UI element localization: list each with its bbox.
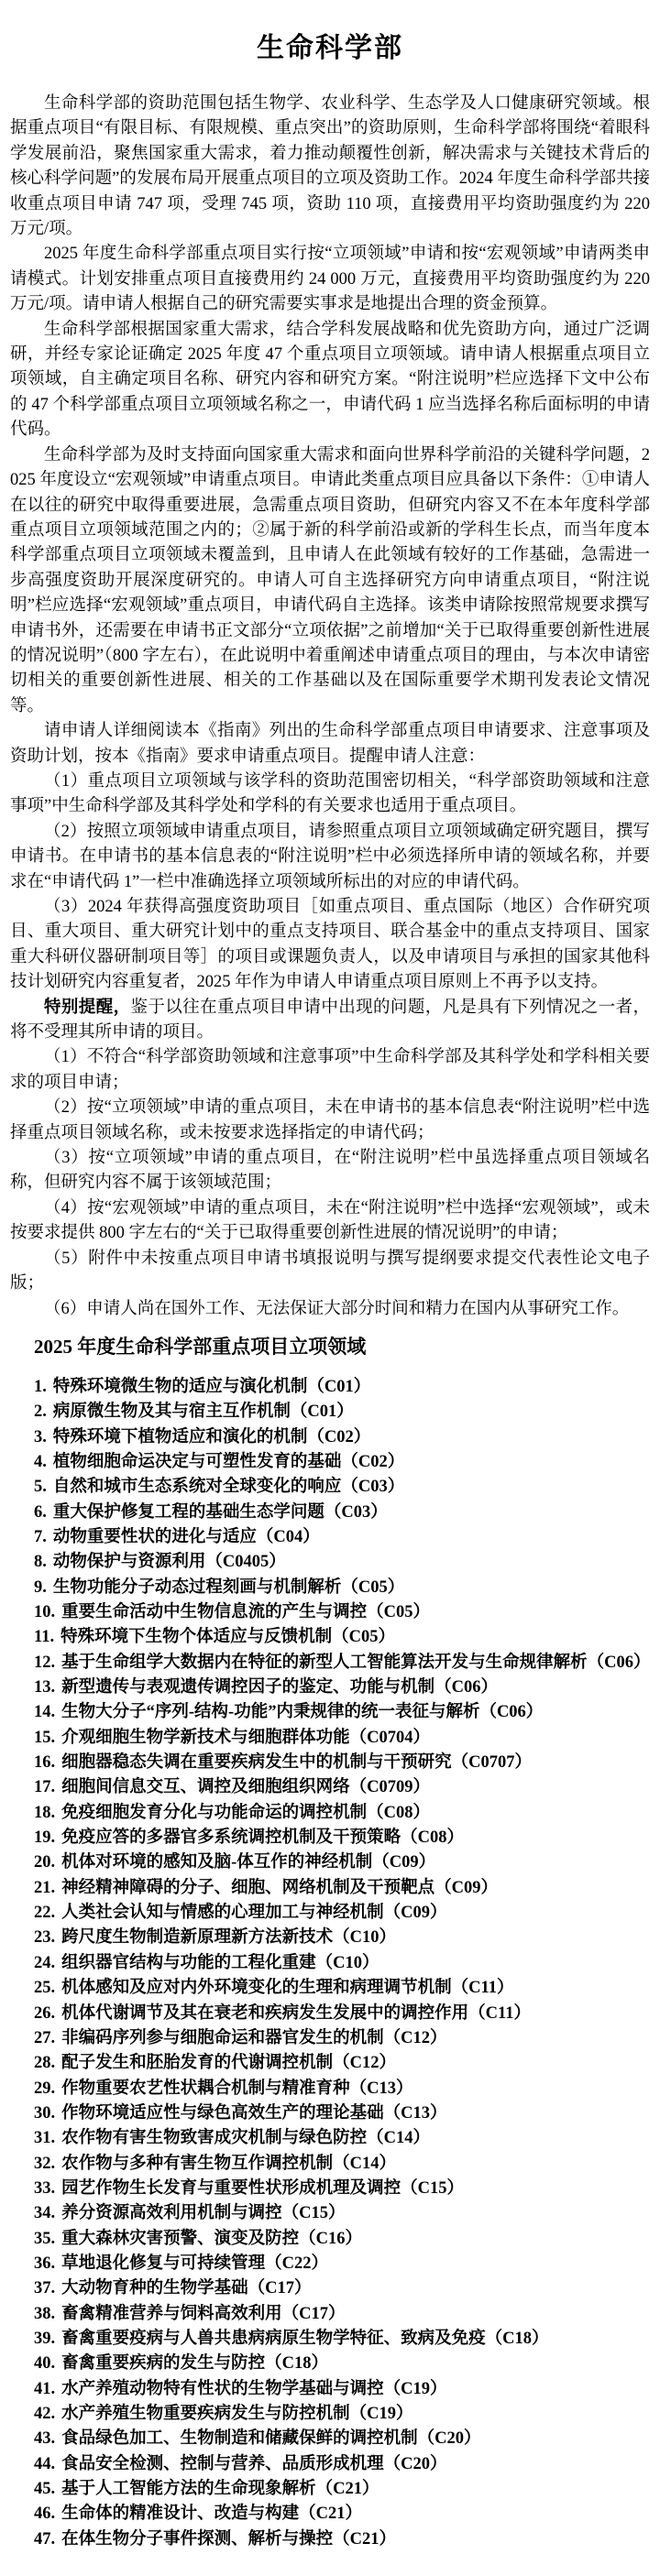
item-text: 生物大分子“序列-结构-功能”内秉规律的统一表征与解析（C06） (61, 1703, 543, 1721)
item-text: 特殊环境下植物适应和演化的机制（C02） (53, 1428, 370, 1446)
list-item: 5.自然和城市生态系统对全球变化的响应（C03） (34, 1475, 650, 1500)
item-number: 26. (34, 2002, 55, 2026)
item-number: 45. (34, 2477, 55, 2502)
paragraph-text: 请申请人详细阅读本《指南》列出的生命科学部重点项目申请要求、注意事项及资助计划，… (10, 722, 650, 765)
item-text: 病原微生物及其与宿主互作机制（C01） (53, 1403, 354, 1421)
item-text: 配子发生和胚胎发育的代谢调控机制（C12） (61, 2054, 396, 2072)
item-number: 16. (34, 1751, 55, 1775)
list-item: 26.机体代谢调节及其在衰老和疾病发生发展中的调控作用（C11） (34, 2002, 650, 2026)
item-text: 园艺作物生长发育与重要性状形成机理及调控（C15） (61, 2179, 464, 2198)
item-number: 10. (34, 1600, 55, 1625)
paragraph: 生命科学部为及时支持面向国家重大需求和面向世界科学前沿的关键科学问题，2025 … (10, 443, 650, 719)
paragraph-text: （4）按“宏观领域”申请的重点项目，未在“附注说明”栏中选择“宏观领域”，或未按… (10, 1199, 650, 1242)
paragraph-text: （1）重点项目立项领域与该学科的资助范围密切相关，“科学部资助领域和注意事项”中… (10, 772, 650, 815)
item-text: 农作物有害生物致害成灾机制与绿色防控（C14） (61, 2129, 430, 2147)
item-number: 12. (34, 1651, 55, 1675)
list-item: 2.病原微生物及其与宿主互作机制（C01） (34, 1400, 650, 1424)
item-text: 动物重要性状的进化与适应（C04） (53, 1528, 320, 1546)
list-item: 6.重大保护修复工程的基础生态学问题（C03） (34, 1501, 650, 1525)
item-text: 基于生命组学大数据内在特征的新型人工智能算法开发与生命规律解析（C06） (61, 1654, 650, 1672)
list-item: 14.生物大分子“序列-结构-功能”内秉规律的统一表征与解析（C06） (34, 1700, 650, 1725)
paragraph-text: （5）附件中未按重点项目申请书填报说明与撰写提纲要求提交代表性论文电子版； (10, 1250, 650, 1293)
paragraph-text: （3）2024 年获得高强度资助项目［如重点项目、重点国际（地区）合作研究项目、… (10, 898, 650, 991)
item-text: 养分资源高效利用机制与调控（C15） (61, 2204, 345, 2222)
item-number: 46. (34, 2502, 55, 2527)
item-text: 神经精神障碍的分子、细胞、网络机制及干预靶点（C09） (61, 1879, 498, 1897)
item-text: 免疫应答的多器官多系统调控机制及干预策略（C08） (61, 1828, 464, 1847)
item-number: 20. (34, 1850, 55, 1875)
list-item: 30.作物环境适应性与绿色高效生产的理论基础（C13） (34, 2101, 650, 2126)
list-item: 24.组织器官结构与功能的工程化重建（C10） (34, 1951, 650, 1976)
list-item: 46.生命体的精准设计、改造与构建（C21） (34, 2502, 650, 2527)
list-item: 44.食品安全检测、控制与营养、品质形成机理（C20） (34, 2452, 650, 2477)
item-number: 44. (34, 2452, 55, 2477)
list-item: 43.食品绿色加工、生物制造和储藏保鲜的调控机制（C20） (34, 2427, 650, 2451)
list-item: 47.在体生物分子事件探测、解析与操控（C21） (34, 2527, 650, 2552)
item-number: 43. (34, 2427, 55, 2451)
paragraph: （3）2024 年获得高强度资助项目［如重点项目、重点国际（地区）合作研究项目、… (10, 895, 650, 996)
item-number: 29. (34, 2077, 55, 2101)
item-text: 机体感知及应对内外环境变化的生理和病理调节机制（C11） (61, 1979, 513, 1997)
list-item: 34.养分资源高效利用机制与调控（C15） (34, 2201, 650, 2226)
item-number: 13. (34, 1675, 55, 1700)
item-text: 生命体的精准设计、改造与构建（C21） (61, 2505, 362, 2523)
paragraph: 生命科学部的资助范围包括生物学、农业科学、生态学及人口健康研究领域。根据重点项目… (10, 92, 650, 242)
list-item: 17.细胞间信息交互、调控及细胞组织网络（C0709） (34, 1775, 650, 1800)
item-number: 35. (34, 2227, 55, 2252)
list-item: 20.机体对环境的感知及脑-体互作的神经机制（C09） (34, 1850, 650, 1875)
item-number: 39. (34, 2327, 55, 2352)
item-number: 30. (34, 2101, 55, 2126)
paragraph-text: 生命科学部根据国家重大需求，结合学科发展战略和优先资助方向，通过广泛调研，并经专… (10, 321, 650, 440)
item-text: 食品安全检测、控制与营养、品质形成机理（C20） (61, 2455, 446, 2473)
item-number: 9. (34, 1576, 47, 1600)
item-text: 水产养殖生物重要疾病发生与防控机制（C19） (61, 2405, 412, 2423)
item-text: 机体对环境的感知及脑-体互作的神经机制（C09） (61, 1853, 435, 1872)
item-text: 机体代谢调节及其在衰老和疾病发生发展中的调控作用（C11） (61, 2004, 531, 2023)
item-text: 自然和城市生态系统对全球变化的响应（C03） (53, 1478, 404, 1496)
item-text: 非编码序列参与细胞命运和器官发生的机制（C12） (61, 2029, 446, 2047)
list-item: 11.特殊环境下生物个体适应与反馈机制（C05） (34, 1625, 650, 1650)
item-text: 重大保护修复工程的基础生态学问题（C03） (53, 1503, 388, 1522)
item-text: 新型遗传与表观遗传调控因子的鉴定、功能与机制（C06） (61, 1678, 498, 1697)
item-number: 17. (34, 1775, 55, 1800)
paragraph-text: 生命科学部的资助范围包括生物学、农业科学、生态学及人口健康研究领域。根据重点项目… (10, 94, 650, 238)
item-number: 32. (34, 2152, 55, 2177)
item-text: 作物重要农艺性状耦合机制与精准育种（C13） (61, 2079, 412, 2098)
item-text: 特殊环境下生物个体适应与反馈机制（C05） (60, 1628, 395, 1646)
list-item: 40.畜禽重要疾病的发生与防控（C18） (34, 2352, 650, 2376)
item-number: 21. (34, 1876, 55, 1901)
item-text: 介观细胞生物学新技术与细胞群体功能（C0704） (61, 1729, 430, 1747)
paragraph-text: （2）按“立项领域”申请的重点项目，未在申请书的基本信息表“附注说明”栏中选择重… (10, 1098, 650, 1141)
list-item: 3.特殊环境下植物适应和演化的机制（C02） (34, 1425, 650, 1450)
item-number: 41. (34, 2377, 55, 2402)
paragraph-text: （3）按“立项领域”申请的重点项目，在“附注说明”栏中虽选择重点项目领域名称，但… (10, 1149, 650, 1192)
paragraph: （1）重点项目立项领域与该学科的资助范围密切相关，“科学部资助领域和注意事项”中… (10, 770, 650, 820)
list-item: 27.非编码序列参与细胞命运和器官发生的机制（C12） (34, 2026, 650, 2051)
paragraph: 特别提醒，鉴于以往在重点项目申请中出现的问题，凡是具有下列情况之一者，将不受理其… (10, 996, 650, 1046)
item-text: 大动物育种的生物学基础（C17） (61, 2279, 311, 2298)
list-item: 45.基于人工智能方法的生命现象解析（C21） (34, 2477, 650, 2502)
item-number: 5. (34, 1475, 47, 1500)
paragraph: （2）按“立项领域”申请的重点项目，未在申请书的基本信息表“附注说明”栏中选择重… (10, 1096, 650, 1146)
list-item: 8.动物保护与资源利用（C0405） (34, 1550, 650, 1575)
item-number: 28. (34, 2051, 55, 2076)
list-item: 41.水产养殖动物特有性状的生物学基础与调控（C19） (34, 2377, 650, 2402)
item-text: 作物环境适应性与绿色高效生产的理论基础（C13） (61, 2104, 446, 2123)
item-number: 15. (34, 1726, 55, 1751)
list-item: 35.重大森林灾害预警、演变及防控（C16） (34, 2227, 650, 2252)
paragraph: （1）不符合“科学部资助领域和注意事项”中生命科学部及其科学处和学科相关要求的项… (10, 1045, 650, 1096)
item-number: 42. (34, 2402, 55, 2427)
list-item: 29.作物重要农艺性状耦合机制与精准育种（C13） (34, 2077, 650, 2101)
item-number: 27. (34, 2026, 55, 2051)
item-text: 跨尺度生物制造新原理新方法新技术（C10） (61, 1928, 396, 1947)
paragraph-text: （6）申请人尚在国外工作、无法保证大部分时间和精力在国内从事研究工作。 (44, 1300, 629, 1318)
item-text: 生物功能分子动态过程刻画与机制解析（C05） (53, 1578, 404, 1597)
item-text: 畜禽重要疾病的发生与防控（C18） (61, 2354, 328, 2373)
body-paragraphs: 生命科学部的资助范围包括生物学、农业科学、生态学及人口健康研究领域。根据重点项目… (10, 92, 650, 1322)
list-item: 12.基于生命组学大数据内在特征的新型人工智能算法开发与生命规律解析（C06） (34, 1651, 650, 1675)
list-item: 28.配子发生和胚胎发育的代谢调控机制（C12） (34, 2051, 650, 2076)
item-number: 38. (34, 2302, 55, 2327)
item-text: 农作物与多种有害生物互作调控机制（C14） (61, 2155, 396, 2173)
item-number: 47. (34, 2527, 55, 2552)
item-text: 在体生物分子事件探测、解析与操控（C21） (61, 2530, 396, 2549)
item-number: 11. (34, 1625, 54, 1650)
item-text: 组织器官结构与功能的工程化重建（C10） (61, 1954, 379, 1972)
list-item: 39.畜禽重要疫病与人兽共患病病原生物学特征、致病及免疫（C18） (34, 2327, 650, 2352)
list-item: 7.动物重要性状的进化与适应（C04） (34, 1525, 650, 1550)
document-page: 生命科学部 生命科学部的资助范围包括生物学、农业科学、生态学及人口健康研究领域。… (0, 0, 660, 2576)
section-heading: 2025 年度生命科学部重点项目立项领域 (10, 1333, 650, 1360)
paragraph: （3）按“立项领域”申请的重点项目，在“附注说明”栏中虽选择重点项目领域名称，但… (10, 1146, 650, 1196)
paragraph: （6）申请人尚在国外工作、无法保证大部分时间和精力在国内从事研究工作。 (10, 1297, 650, 1322)
item-text: 细胞器稳态失调在重要疾病发生中的机制与干预研究（C0707） (61, 1753, 532, 1772)
item-text: 食品绿色加工、生物制造和储藏保鲜的调控机制（C20） (61, 2429, 480, 2448)
paragraph-text: （2）按照立项领域申请重点项目，请参照重点项目立项领域确定研究题目，撰写申请书。… (10, 823, 650, 891)
item-text: 畜禽重要疫病与人兽共患病病原生物学特征、致病及免疫（C18） (61, 2330, 548, 2348)
item-text: 重要生命活动中生物信息流的产生与调控（C05） (61, 1603, 430, 1621)
item-text: 基于人工智能方法的生命现象解析（C21） (61, 2480, 379, 2498)
project-areas-list: 1.特殊环境微生物的适应与演化机制（C01） 2.病原微生物及其与宿主互作机制（… (10, 1375, 650, 2552)
item-number: 36. (34, 2252, 55, 2276)
list-item: 21.神经精神障碍的分子、细胞、网络机制及干预靶点（C09） (34, 1876, 650, 1901)
paragraph: （5）附件中未按重点项目申请书填报说明与撰写提纲要求提交代表性论文电子版； (10, 1247, 650, 1297)
item-text: 动物保护与资源利用（C0405） (53, 1553, 286, 1571)
list-item: 25.机体感知及应对内外环境变化的生理和病理调节机制（C11） (34, 1976, 650, 2001)
list-item: 38.畜禽精准营养与饲料高效利用（C17） (34, 2302, 650, 2327)
list-item: 10.重要生命活动中生物信息流的产生与调控（C05） (34, 1600, 650, 1625)
item-text: 免疫细胞发育分化与功能命运的调控机制（C08） (61, 1804, 430, 1822)
item-number: 34. (34, 2201, 55, 2226)
item-text: 特殊环境微生物的适应与演化机制（C01） (53, 1378, 370, 1396)
item-text: 人类社会认知与情感的心理加工与神经机制（C09） (61, 1904, 446, 1922)
list-item: 19.免疫应答的多器官多系统调控机制及干预策略（C08） (34, 1826, 650, 1850)
list-item: 36.草地退化修复与可持续管理（C22） (34, 2252, 650, 2276)
item-number: 24. (34, 1951, 55, 1976)
item-text: 水产养殖动物特有性状的生物学基础与调控（C19） (61, 2380, 446, 2398)
paragraph-text: 生命科学部为及时支持面向国家重大需求和面向世界科学前沿的关键科学问题，2025 … (10, 446, 650, 715)
list-item: 18.免疫细胞发育分化与功能命运的调控机制（C08） (34, 1801, 650, 1826)
item-number: 7. (34, 1525, 47, 1550)
item-text: 重大森林灾害预警、演变及防控（C16） (61, 2230, 362, 2248)
paragraph-text: 2025 年度生命科学部重点项目实行按“立项领域”申请和按“宏观领域”申请两类申… (10, 245, 650, 313)
item-number: 2. (34, 1400, 47, 1424)
list-item: 22.人类社会认知与情感的心理加工与神经机制（C09） (34, 1901, 650, 1926)
list-item: 37.大动物育种的生物学基础（C17） (34, 2276, 650, 2301)
item-number: 14. (34, 1700, 55, 1725)
item-text: 细胞间信息交互、调控及细胞组织网络（C0709） (61, 1778, 430, 1796)
item-number: 19. (34, 1826, 55, 1850)
item-number: 1. (34, 1375, 47, 1400)
list-item: 32.农作物与多种有害生物互作调控机制（C14） (34, 2152, 650, 2177)
item-number: 33. (34, 2177, 55, 2201)
list-item: 15.介观细胞生物学新技术与细胞群体功能（C0704） (34, 1726, 650, 1751)
item-number: 40. (34, 2352, 55, 2376)
item-text: 畜禽精准营养与饲料高效利用（C17） (61, 2305, 345, 2323)
paragraph-bold-lead: 特别提醒， (44, 999, 130, 1017)
item-number: 22. (34, 1901, 55, 1926)
list-item: 16.细胞器稳态失调在重要疾病发生中的机制与干预研究（C0707） (34, 1751, 650, 1775)
item-text: 植物细胞命运决定与可塑性发育的基础（C02） (53, 1453, 404, 1471)
page-title: 生命科学部 (10, 31, 650, 66)
paragraph: 生命科学部根据国家重大需求，结合学科发展战略和优先资助方向，通过广泛调研，并经专… (10, 318, 650, 443)
item-number: 23. (34, 1926, 55, 1950)
list-item: 31.农作物有害生物致害成灾机制与绿色防控（C14） (34, 2126, 650, 2151)
item-number: 4. (34, 1450, 47, 1475)
paragraph: （2）按照立项领域申请重点项目，请参照重点项目立项领域确定研究题目，撰写申请书。… (10, 820, 650, 895)
list-item: 1.特殊环境微生物的适应与演化机制（C01） (34, 1375, 650, 1400)
item-number: 3. (34, 1425, 47, 1450)
list-item: 4.植物细胞命运决定与可塑性发育的基础（C02） (34, 1450, 650, 1475)
item-number: 8. (34, 1550, 47, 1575)
list-item: 23.跨尺度生物制造新原理新方法新技术（C10） (34, 1926, 650, 1950)
paragraph: （4）按“宏观领域”申请的重点项目，未在“附注说明”栏中选择“宏观领域”，或未按… (10, 1196, 650, 1247)
paragraph: 请申请人详细阅读本《指南》列出的生命科学部重点项目申请要求、注意事项及资助计划，… (10, 719, 650, 770)
paragraph: 2025 年度生命科学部重点项目实行按“立项领域”申请和按“宏观领域”申请两类申… (10, 242, 650, 317)
item-number: 37. (34, 2276, 55, 2301)
item-text: 草地退化修复与可持续管理（C22） (61, 2254, 328, 2273)
list-item: 33.园艺作物生长发育与重要性状形成机理及调控（C15） (34, 2177, 650, 2201)
paragraph-text: （1）不符合“科学部资助领域和注意事项”中生命科学部及其科学处和学科相关要求的项… (10, 1048, 650, 1091)
item-number: 25. (34, 1976, 55, 2001)
list-item: 13.新型遗传与表观遗传调控因子的鉴定、功能与机制（C06） (34, 1675, 650, 1700)
list-item: 9.生物功能分子动态过程刻画与机制解析（C05） (34, 1576, 650, 1600)
item-number: 31. (34, 2126, 55, 2151)
item-number: 6. (34, 1501, 47, 1525)
item-number: 18. (34, 1801, 55, 1826)
list-item: 42.水产养殖生物重要疾病发生与防控机制（C19） (34, 2402, 650, 2427)
